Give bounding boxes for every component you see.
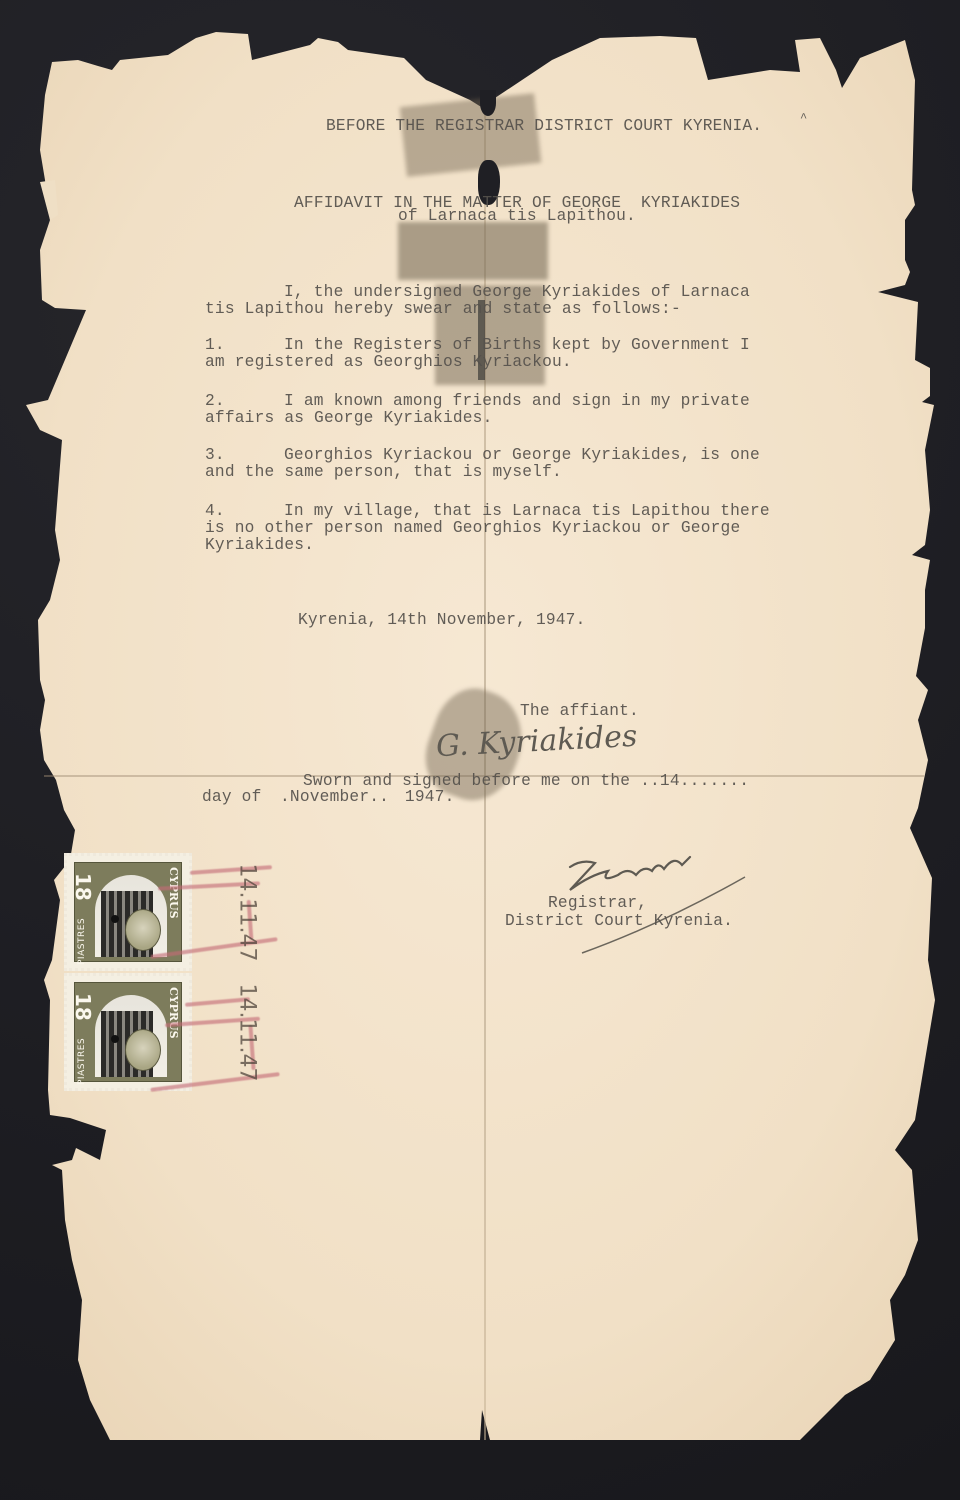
cancel-date: 14.11.47 bbox=[234, 984, 259, 1082]
tear-hole bbox=[480, 90, 496, 116]
intro-line2: tis Lapithou hereby swear and state as f… bbox=[205, 299, 681, 319]
cancel-stroke bbox=[190, 865, 272, 875]
stamp-denomination: PIASTRES bbox=[77, 1015, 91, 1085]
registrar-title: Registrar, bbox=[548, 893, 647, 913]
paragraph-1-line2: am registered as Georghios Kyriackou. bbox=[205, 352, 572, 372]
paragraph-4-line3: Kyriakides. bbox=[205, 535, 314, 555]
stamp-king-portrait bbox=[125, 909, 161, 951]
margin-mark: ^ bbox=[800, 108, 807, 128]
water-stain bbox=[398, 222, 548, 280]
punch-hole bbox=[111, 1035, 119, 1043]
document-body: BEFORE THE REGISTRAR DISTRICT COURT KYRE… bbox=[0, 0, 960, 1500]
affidavit-title-line2: of Larnaca tis Lapithou. bbox=[398, 206, 636, 226]
cancel-date: 14.11.47 bbox=[234, 864, 259, 962]
revenue-stamp: 18 PIASTRES CYPRUS bbox=[64, 973, 192, 1091]
sworn-line2-month: .November.. bbox=[280, 787, 389, 807]
stamp-denomination: PIASTRES bbox=[77, 895, 91, 965]
paragraph-3-line2: and the same person, that is myself. bbox=[205, 462, 562, 482]
sworn-line2-prefix: day of bbox=[202, 787, 271, 807]
place-and-date: Kyrenia, 14th November, 1947. bbox=[298, 610, 586, 630]
stamp-building-vignette bbox=[95, 995, 167, 1077]
stamp-country: CYPRUS bbox=[166, 867, 180, 931]
registrar-court: District Court Kyrenia. bbox=[505, 911, 733, 931]
paragraph-2-line2: affairs as George Kyriakides. bbox=[205, 408, 493, 428]
stamp-country: CYPRUS bbox=[166, 987, 180, 1051]
stamp-building-vignette bbox=[95, 875, 167, 957]
court-header: BEFORE THE REGISTRAR DISTRICT COURT KYRE… bbox=[326, 116, 762, 136]
affiant-label: The affiant. bbox=[520, 701, 639, 721]
punch-hole bbox=[111, 915, 119, 923]
stamp-king-portrait bbox=[125, 1029, 161, 1071]
sworn-line2-year: 1947. bbox=[395, 787, 455, 807]
